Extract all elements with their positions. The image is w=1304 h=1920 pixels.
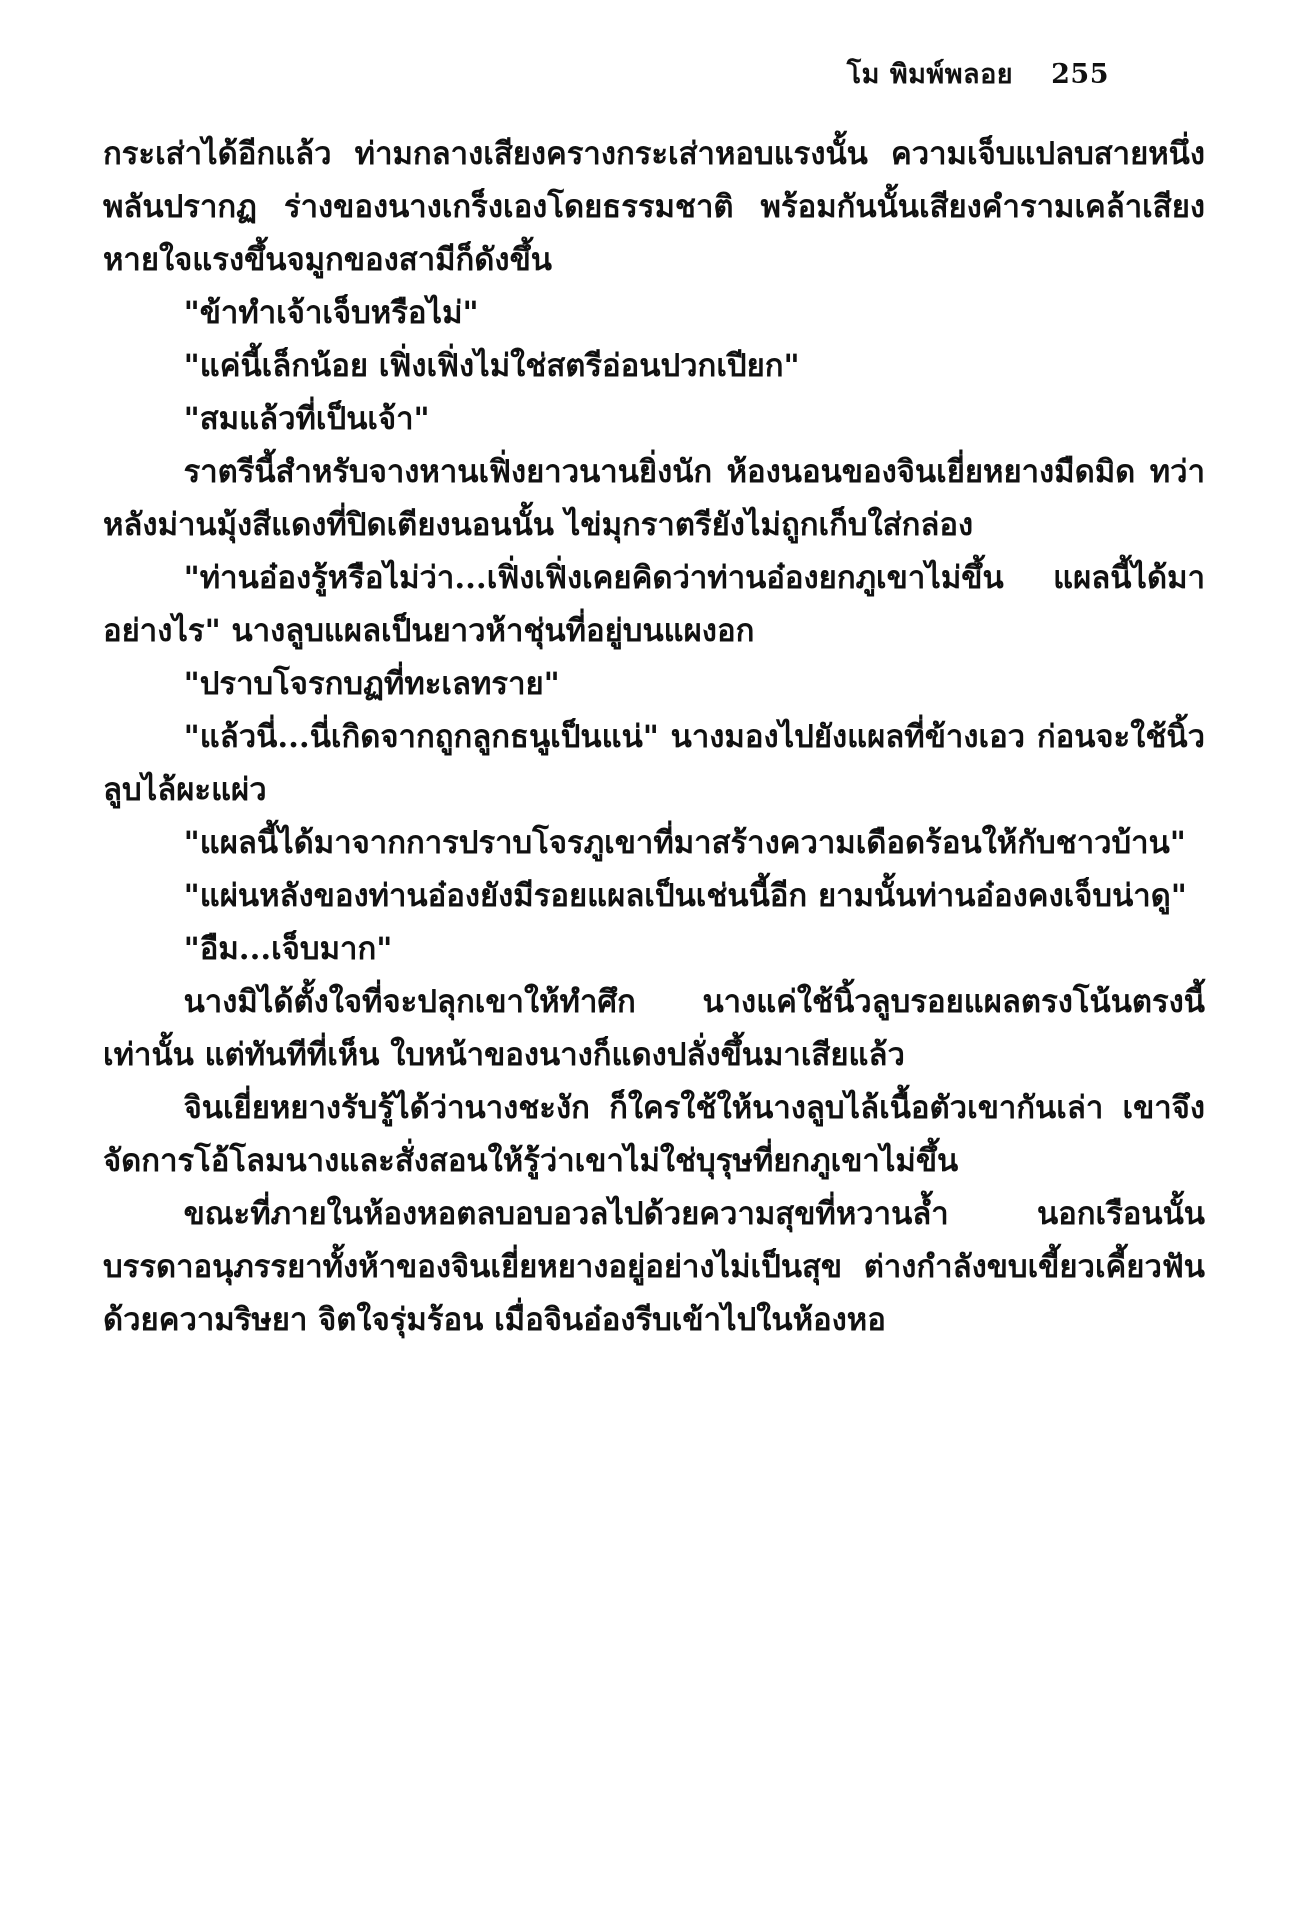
paragraph: "ข้าทำเจ้าเจ็บหรือไม่" <box>103 287 1205 340</box>
paragraph: จินเยี่ยหยางรับรู้ได้ว่านางชะงัก ก็ใครใช… <box>103 1082 1205 1188</box>
paragraph: "แค่นี้เล็กน้อย เฟิ่งเฟิ่งไม่ใช่สตรีอ่อน… <box>103 340 1205 393</box>
book-page: โม พิมพ์พลอย255 กระเส่าได้อีกแล้ว ท่ามกล… <box>0 0 1304 1920</box>
page-number: 255 <box>1051 59 1109 90</box>
page-body: กระเส่าได้อีกแล้ว ท่ามกลางเสียงครางกระเส… <box>103 128 1205 1347</box>
paragraph: "แล้วนี่...นี่เกิดจากถูกลูกธนูเป็นแน่" น… <box>103 711 1205 817</box>
paragraph: ขณะที่ภายในห้องหอตลบอบอวลไปด้วยความสุขที… <box>103 1188 1205 1347</box>
paragraph: "ท่านอ๋องรู้หรือไม่ว่า...เฟิ่งเฟิ่งเคยคิ… <box>103 552 1205 658</box>
page-header: โม พิมพ์พลอย255 <box>100 52 1204 95</box>
paragraph: "อืม...เจ็บมาก" <box>103 923 1205 976</box>
paragraph: นางมิได้ตั้งใจที่จะปลุกเขาให้ทำศึก นางแค… <box>103 976 1205 1082</box>
paragraph: "แผ่นหลังของท่านอ๋องยังมีรอยแผลเป็นเช่นน… <box>103 870 1205 923</box>
author-name: โม พิมพ์พลอย <box>847 59 1013 90</box>
paragraph: ราตรีนี้สำหรับจางหานเฟิ่งยาวนานยิ่งนัก ห… <box>103 446 1205 552</box>
paragraph: "สมแล้วที่เป็นเจ้า" <box>103 393 1205 446</box>
paragraph: กระเส่าได้อีกแล้ว ท่ามกลางเสียงครางกระเส… <box>103 128 1205 287</box>
paragraph: "แผลนี้ได้มาจากการปราบโจรภูเขาที่มาสร้าง… <box>103 817 1205 870</box>
paragraph: "ปราบโจรกบฏที่ทะเลทราย" <box>103 658 1205 711</box>
